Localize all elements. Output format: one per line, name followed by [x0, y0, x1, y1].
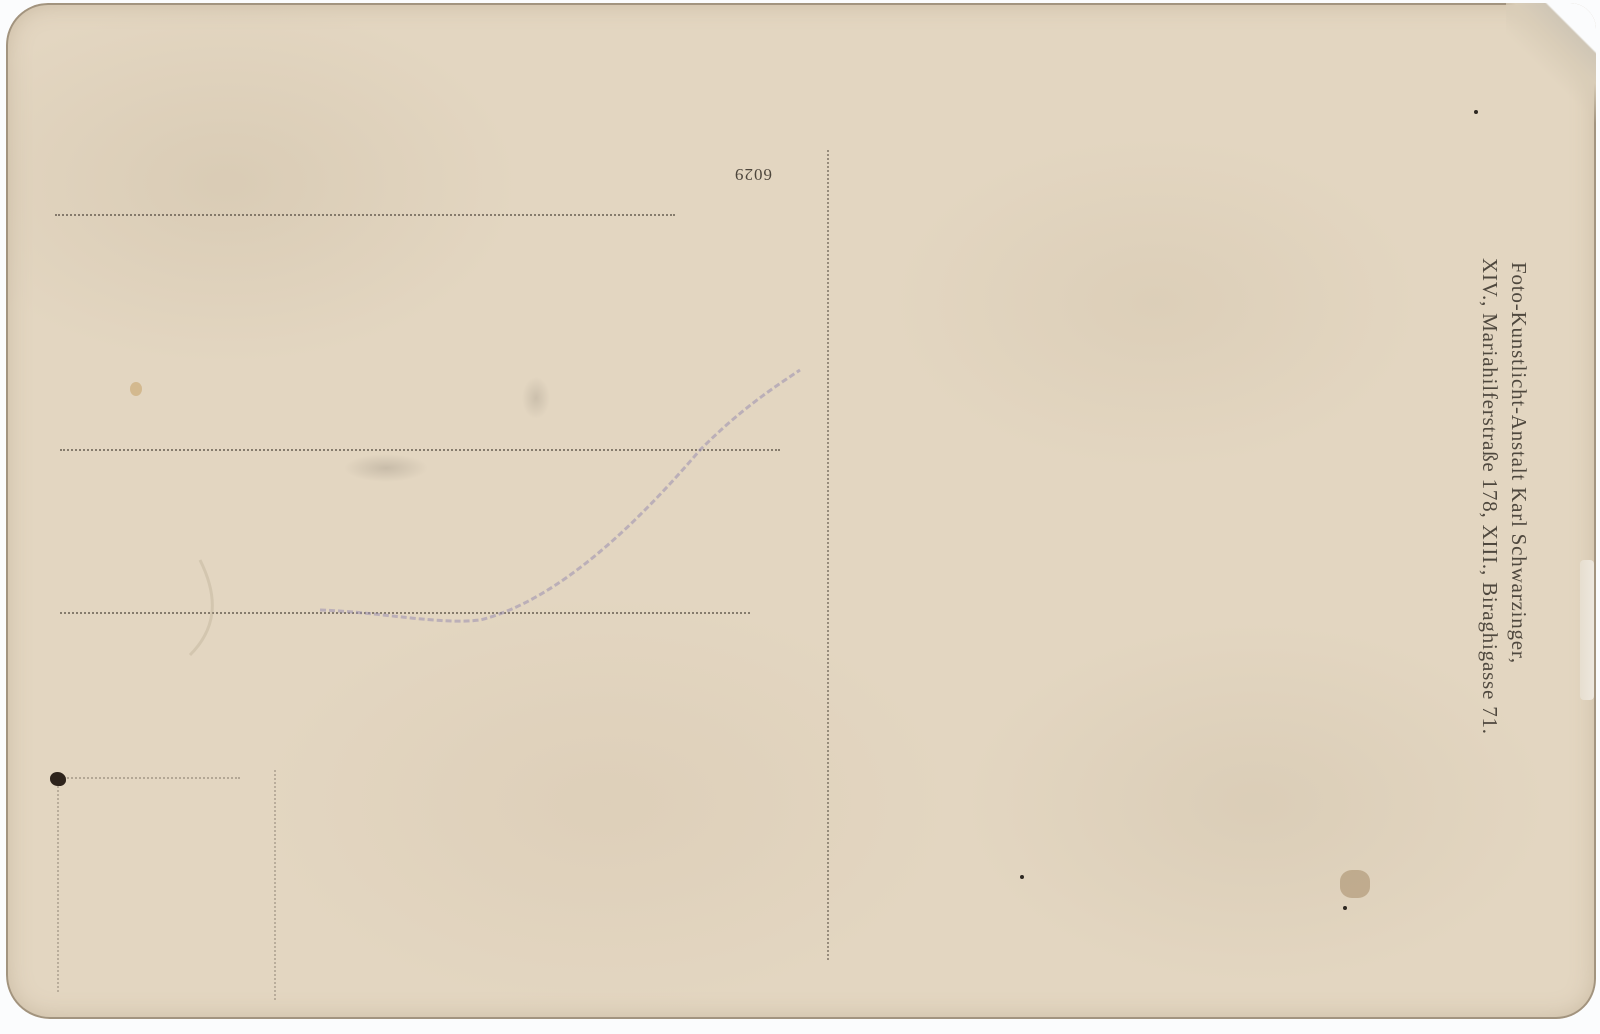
- postcard-back: [6, 3, 1596, 1019]
- serial-number: 6029: [734, 164, 772, 184]
- stain-spot: [130, 382, 142, 396]
- stamp-box-left: [57, 782, 59, 992]
- ink-blot: [50, 772, 66, 786]
- imprint-line-1: Foto-Kunstlicht-Anstalt Karl Schwarzinge…: [1504, 258, 1533, 878]
- worn-corner: [1506, 3, 1596, 183]
- torn-edge: [1580, 560, 1594, 700]
- center-divider-line: [827, 150, 829, 960]
- address-line-1: [55, 214, 675, 216]
- stain-spot: [1340, 870, 1370, 898]
- stamp-box-right: [274, 770, 276, 1000]
- imprint-line-2: XIV., Mariahilferstraße 178, XIII., Bira…: [1475, 258, 1504, 878]
- publisher-imprint: Foto-Kunstlicht-Anstalt Karl Schwarzinge…: [1473, 258, 1533, 878]
- stamp-box-top: [64, 777, 240, 779]
- speck: [1343, 906, 1347, 910]
- speck: [1474, 110, 1478, 114]
- address-line-2: [60, 449, 780, 451]
- speck: [1020, 875, 1024, 879]
- address-line-3: [60, 612, 750, 614]
